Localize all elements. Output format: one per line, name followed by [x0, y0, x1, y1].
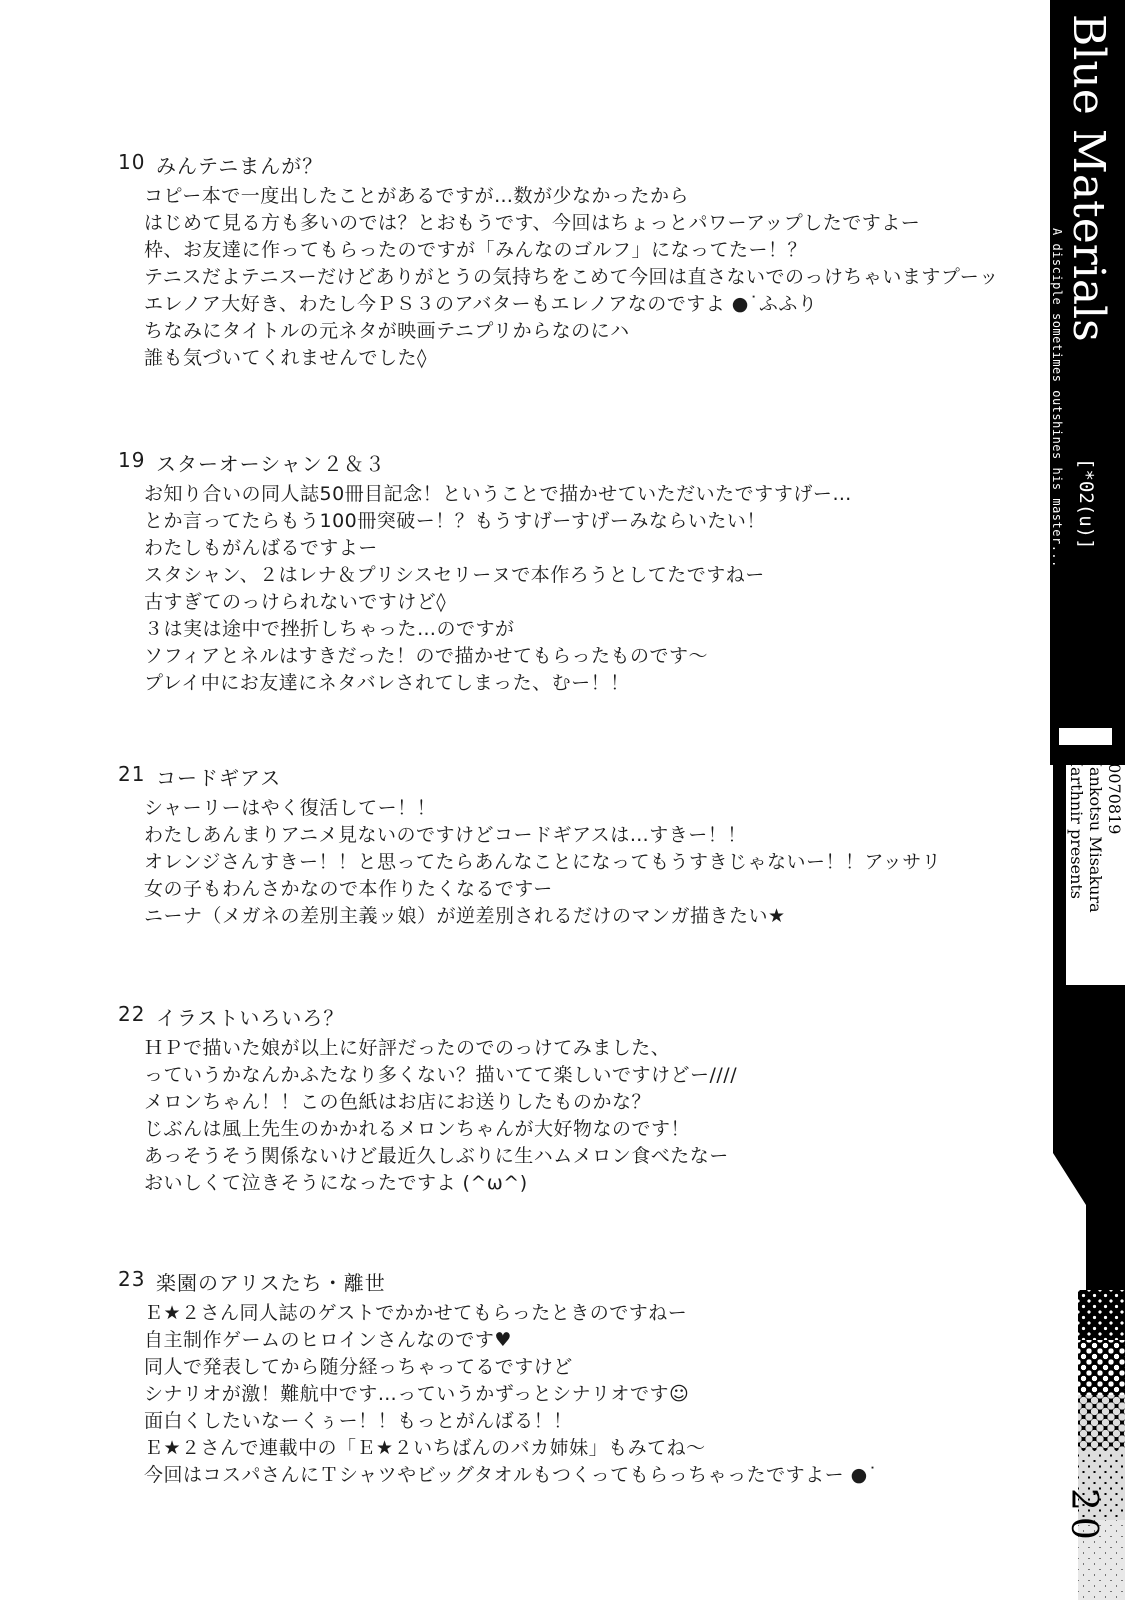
text-line: 同人で発表してから随分経っちゃってるですけど	[144, 1354, 878, 1381]
banner-tagline: A disciple sometimes outshines his maste…	[1051, 228, 1063, 568]
text-line: わたしあんまりアニメ見ないのですけどコードギアスは…すきー！！	[144, 822, 941, 849]
text-line: エレノア大好き、わたし今ＰＳ３のアバターもエレノアなのですよ ●˙ふふり	[144, 291, 999, 318]
text-line: じぶんは風上先生のかかれるメロンちゃんが大好物なのです！	[144, 1116, 737, 1143]
section-22: 22イラストいろいろ？ＨＰで描いた娘が以上に好評だったのでのっけてみました、って…	[118, 1002, 737, 1197]
section-body: お知り合いの同人誌50冊目記念！ということで描かせていただいたですすげー…とか言…	[144, 481, 852, 697]
section-heading: 10みんテニまんが？	[118, 150, 999, 179]
section-10: 10みんテニまんが？コピー本で一度出したことがあるですが…数が少なかったからはじ…	[118, 150, 999, 372]
banner-white-mark	[1059, 728, 1112, 745]
text-line: シナリオが激！難航中です…っていうかずっとシナリオです☺	[144, 1381, 878, 1408]
section-title: 楽園のアリスたち・離世	[156, 1267, 386, 1296]
doujin-afterword-page: 10みんテニまんが？コピー本で一度出したことがあるですが…数が少なかったからはじ…	[0, 0, 1125, 1600]
text-line: ソフィアとネルはすきだった！ので描かせてもらったものです～	[144, 643, 852, 670]
text-line: はじめて見る方も多いのでは？とおもうです、今回はちょっとパワーアップしたですよー	[144, 210, 999, 237]
text-line: とか言ってたらもう100冊突破ー！？もうすげーすげーみならいたい！	[144, 508, 852, 535]
section-title: みんテニまんが？	[156, 150, 323, 179]
credits-block: 20070819 Nankotsu Misakura Harthnir pres…	[1067, 753, 1124, 913]
text-line: あっそうそう関係ないけど最近久しぶりに生ハムメロン食べたなー	[144, 1143, 737, 1170]
credit-presents: Harthnir presents	[1067, 753, 1086, 913]
text-line: オレンジさんすきー！！と思ってたらあんなことになってもうすきじゃないー！！アッサ…	[144, 849, 941, 876]
halftone-pattern	[1078, 1290, 1125, 1600]
text-line: プレイ中にお友達にネタバレされてしまった、むー！！	[144, 670, 852, 697]
page-number: 20	[1063, 1488, 1104, 1546]
credit-date: 20070819	[1105, 753, 1124, 913]
text-line: おいしくて泣きそうになったですよ (^ω^)	[144, 1170, 737, 1197]
text-line: ＨＰで描いた娘が以上に好評だったのでのっけてみました、	[144, 1035, 737, 1062]
halftone-band	[1078, 1340, 1125, 1395]
text-line: ちなみにタイトルの元ネタが映画テニプリからなのにハ	[144, 318, 999, 345]
section-body: Ｅ★２さん同人誌のゲストでかかせてもらったときのですねー自主制作ゲームのヒロイン…	[144, 1300, 878, 1489]
text-line: コピー本で一度出したことがあるですが…数が少なかったから	[144, 183, 999, 210]
section-heading: 21コードギアス	[118, 762, 941, 791]
section-body: コピー本で一度出したことがあるですが…数が少なかったからはじめて見る方も多いので…	[144, 183, 999, 372]
section-title: イラストいろいろ？	[156, 1002, 344, 1031]
text-line: Ｅ★２さんで連載中の「Ｅ★２いちばんのバカ姉妹」もみてね～	[144, 1435, 878, 1462]
text-line: 誰も気づいてくれませんでした◊	[144, 345, 999, 372]
banner-edition: [*02(u)]	[1076, 458, 1095, 550]
section-21: 21コードギアスシャーリーはやく復活してー！！わたしあんまりアニメ見ないのですけ…	[118, 762, 941, 930]
section-23: 23楽園のアリスたち・離世Ｅ★２さん同人誌のゲストでかかせてもらったときのですね…	[118, 1267, 878, 1489]
text-line: テニスだよテニスーだけどありがとうの気持ちをこめて今回は直さないでのっけちゃいま…	[144, 264, 999, 291]
text-line: 女の子もわんさかなので本作りたくなるですー	[144, 876, 941, 903]
halftone-band	[1078, 1290, 1125, 1340]
section-heading: 19スターオーシャン２＆３	[118, 448, 852, 477]
section-number: 23	[118, 1267, 156, 1291]
section-title: スターオーシャン２＆３	[156, 448, 386, 477]
halftone-band	[1078, 1395, 1125, 1450]
section-heading: 23楽園のアリスたち・離世	[118, 1267, 878, 1296]
text-line: メロンちゃん！！この色紙はお店にお送りしたものかな？	[144, 1089, 737, 1116]
section-19: 19スターオーシャン２＆３お知り合いの同人誌50冊目記念！ということで描かせてい…	[118, 448, 852, 697]
section-number: 21	[118, 762, 156, 786]
text-line: お知り合いの同人誌50冊目記念！ということで描かせていただいたですすげー…	[144, 481, 852, 508]
section-title: コードギアス	[156, 762, 281, 791]
section-number: 22	[118, 1002, 156, 1026]
section-number: 10	[118, 150, 156, 174]
section-body: ＨＰで描いた娘が以上に好評だったのでのっけてみました、っていうかなんかふたなり多…	[144, 1035, 737, 1197]
text-line: 自主制作ゲームのヒロインさんなのです♥	[144, 1327, 878, 1354]
text-line: 面白くしたいなーくぅー！！もっとがんばる！！	[144, 1408, 878, 1435]
text-line: 枠、お友達に作ってもらったのですが「みんなのゴルフ」になってたー！？	[144, 237, 999, 264]
credit-author: Nankotsu Misakura	[1086, 753, 1105, 913]
section-heading: 22イラストいろいろ？	[118, 1002, 737, 1031]
banner-title: Blue Materials	[1066, 14, 1110, 342]
sidebar-black-banner: A disciple sometimes outshines his maste…	[1050, 0, 1125, 765]
text-line: Ｅ★２さん同人誌のゲストでかかせてもらったときのですねー	[144, 1300, 878, 1327]
section-number: 19	[118, 448, 156, 472]
text-line: っていうかなんかふたなり多くない？描いてて楽しいですけどー////	[144, 1062, 737, 1089]
text-line: 古すぎてのっけられないですけど◊	[144, 589, 852, 616]
text-line: ３は実は途中で挫折しちゃった…のですが	[144, 616, 852, 643]
text-line: スタシャン、２はレナ＆プリシスセリーヌで本作ろうとしてたですねー	[144, 562, 852, 589]
section-body: シャーリーはやく復活してー！！わたしあんまりアニメ見ないのですけどコードギアスは…	[144, 795, 941, 930]
text-line: ニーナ（メガネの差別主義ッ娘）が逆差別されるだけのマンガ描きたい★	[144, 903, 941, 930]
text-line: シャーリーはやく復活してー！！	[144, 795, 941, 822]
text-line: わたしもがんばるですよー	[144, 535, 852, 562]
text-line: 今回はコスパさんにＴシャツやビッグタオルもつくってもらっちゃったですよー ●˙	[144, 1462, 878, 1489]
